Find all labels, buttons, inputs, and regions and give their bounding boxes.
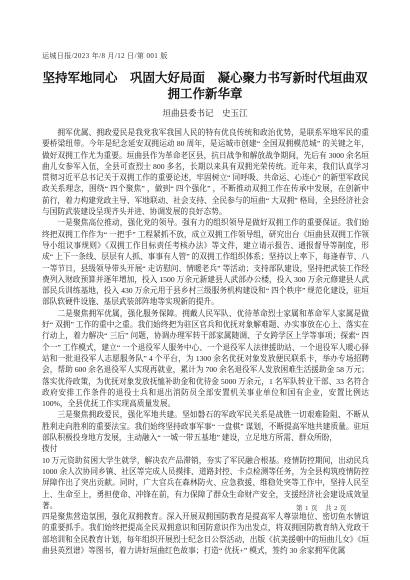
article-title: 坚持军地同心 巩固大好局面 凝心聚力书写新时代垣曲双拥工作新华章 <box>40 70 370 102</box>
byline: 垣曲县委书记 史玉江 <box>40 107 370 119</box>
paragraph: 三是聚焦拥政爱民，强化军地共建。坚如磐石的军政军民关系是战胜一切艰难险阻、不断从… <box>42 409 369 443</box>
page-footer: 第 1 页 共 2 页 <box>296 503 347 512</box>
paragraph: 拨付 <box>42 443 369 454</box>
paragraph: 四是聚焦营造氛围，强化双拥教育。深入开展双拥国防教育是提高军人尊崇地位、密切鱼水… <box>42 511 369 556</box>
paragraph: 二是聚焦拥军优属，强化服务保障。拥戴人民军队、优待革命烈士家属和革命军人家属是做… <box>42 308 369 410</box>
paragraph: 拥军优属、拥政爱民是我党我军我国人民的特有优良传统和政治优势，是联系军地军民的重… <box>42 127 369 217</box>
document-page: 运城日报/2023 年/8 月/12 日/第 001 版 坚持军地同心 巩固大好… <box>0 0 410 580</box>
masthead: 运城日报/2023 年/8 月/12 日/第 001 版 <box>42 51 168 61</box>
article-body: 拥军优属、拥政爱民是我党我军我国人民的特有优良传统和政治优势，是联系军地军民的重… <box>42 127 369 556</box>
paragraph: 一是聚焦高位推动，强化党的领导。强有力的组织领导是做好双拥工作的重要保证。我们始… <box>42 217 369 307</box>
